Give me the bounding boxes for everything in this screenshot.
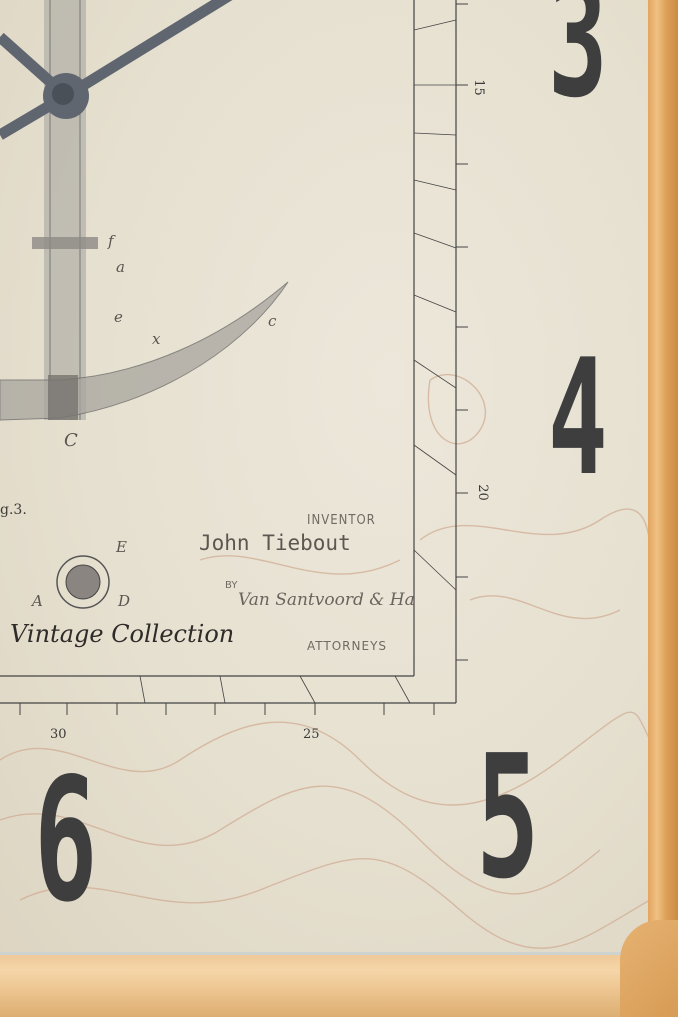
wooden-frame-bottom [0, 955, 678, 1017]
diagram-letter-e-upper: E [116, 538, 127, 556]
clock-hands [0, 0, 235, 135]
diagram-letter-d: D [118, 592, 130, 610]
scale-label-20: 20 [475, 484, 490, 501]
diagram-letter-e: e [114, 308, 123, 326]
scale-label-30: 30 [50, 727, 67, 742]
attorneys-label: ATTORNEYS [307, 639, 387, 653]
numeral-4: 4 [548, 338, 608, 498]
diagram-letter-f: f [108, 232, 114, 250]
by-label: BY [225, 580, 237, 591]
inventor-name: John Tiebout [199, 531, 351, 555]
diagram-letter-x: x [152, 330, 160, 348]
diagram-letter-a-upper: A [32, 592, 43, 610]
figure-label: g.3. [0, 502, 27, 518]
inventor-label: INVENTOR [307, 513, 376, 528]
diagram-letter-c-lower: c [268, 312, 276, 330]
wooden-frame-right [648, 0, 678, 985]
cross-section-inner [66, 565, 100, 599]
attorneys-signature: Van Santvoord & Ha [238, 590, 415, 610]
scale-label-25: 25 [303, 727, 320, 742]
scale-label-15: 15 [471, 79, 486, 96]
anchor-drawing [0, 0, 288, 420]
numeral-6: 6 [34, 756, 97, 926]
diagram-letter-a: a [116, 258, 125, 276]
numeral-5: 5 [476, 733, 539, 903]
diagram-letter-c-upper: C [64, 430, 78, 451]
brand-text: Vintage Collection [10, 620, 234, 648]
wooden-frame-corner [620, 920, 678, 1017]
numeral-3: 3 [548, 0, 608, 120]
clock-face: 3 4 5 6 15 20 30 25 INVENTOR John Tiebou… [0, 0, 650, 958]
